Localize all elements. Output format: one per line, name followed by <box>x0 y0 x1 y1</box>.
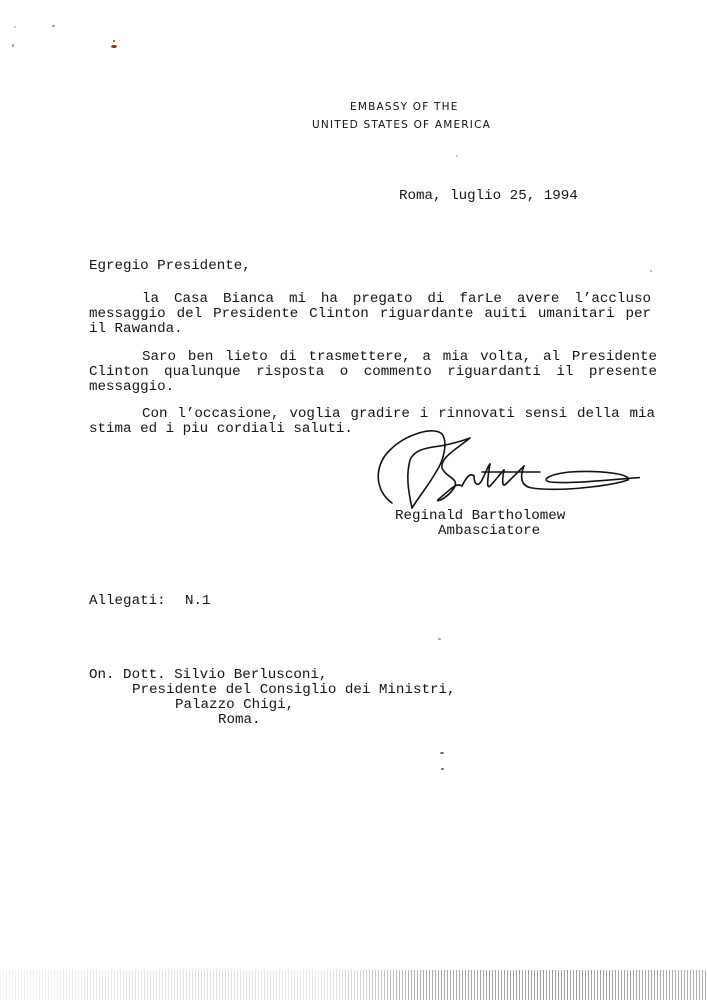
scan-speck <box>650 270 652 272</box>
recipient-line-4: Roma. <box>218 712 261 728</box>
paragraph-3-line-2: stima ed i piu cordiali saluti. <box>89 421 353 437</box>
scan-speck <box>440 752 444 754</box>
recipient-line-3: Palazzo Chigi, <box>175 697 294 713</box>
scan-speck <box>441 768 444 770</box>
recipient-line-1: On. Dott. Silvio Berlusconi, <box>89 667 327 683</box>
scan-speck <box>52 25 55 27</box>
scan-speck <box>113 40 115 42</box>
paragraph-1-line-3: il Rawanda. <box>89 321 183 337</box>
paragraph-1-line-1: la Casa Bianca mi ha pregato di farLe av… <box>142 291 651 307</box>
paragraph-2-line-1: Saro ben lieto di trasmettere, a mia vol… <box>142 349 657 365</box>
paragraph-2-line-2: Clinton qualunque risposta o commento ri… <box>89 364 657 380</box>
handwritten-signature-icon <box>370 420 640 515</box>
paragraph-2-line-3: messaggio. <box>89 379 174 395</box>
paragraph-1-line-2: messaggio del Presidente Clinton riguard… <box>89 306 651 322</box>
scan-noise-band <box>0 970 707 1000</box>
signatory-name: Reginald Bartholomew <box>395 508 565 524</box>
enclosures-label: Allegati: <box>89 593 166 609</box>
scan-speck <box>111 45 117 48</box>
signatory-title: Ambasciatore <box>438 523 540 539</box>
scan-speck <box>438 638 441 640</box>
letter-page: EMBASSY OF THE UNITED STATES OF AMERICA … <box>0 0 707 1000</box>
enclosures-value: N.1 <box>185 593 211 609</box>
salutation: Egregio Presidente, <box>89 258 251 274</box>
letterhead-line-2: UNITED STATES OF AMERICA <box>312 119 491 131</box>
letter-date: Roma, luglio 25, 1994 <box>399 188 578 204</box>
scan-speck <box>12 44 14 47</box>
recipient-line-2: Presidente del Consiglio dei Ministri, <box>132 682 456 698</box>
letterhead-line-1: EMBASSY OF THE <box>350 101 459 113</box>
scan-speck <box>456 155 458 157</box>
scan-speck <box>14 26 16 28</box>
